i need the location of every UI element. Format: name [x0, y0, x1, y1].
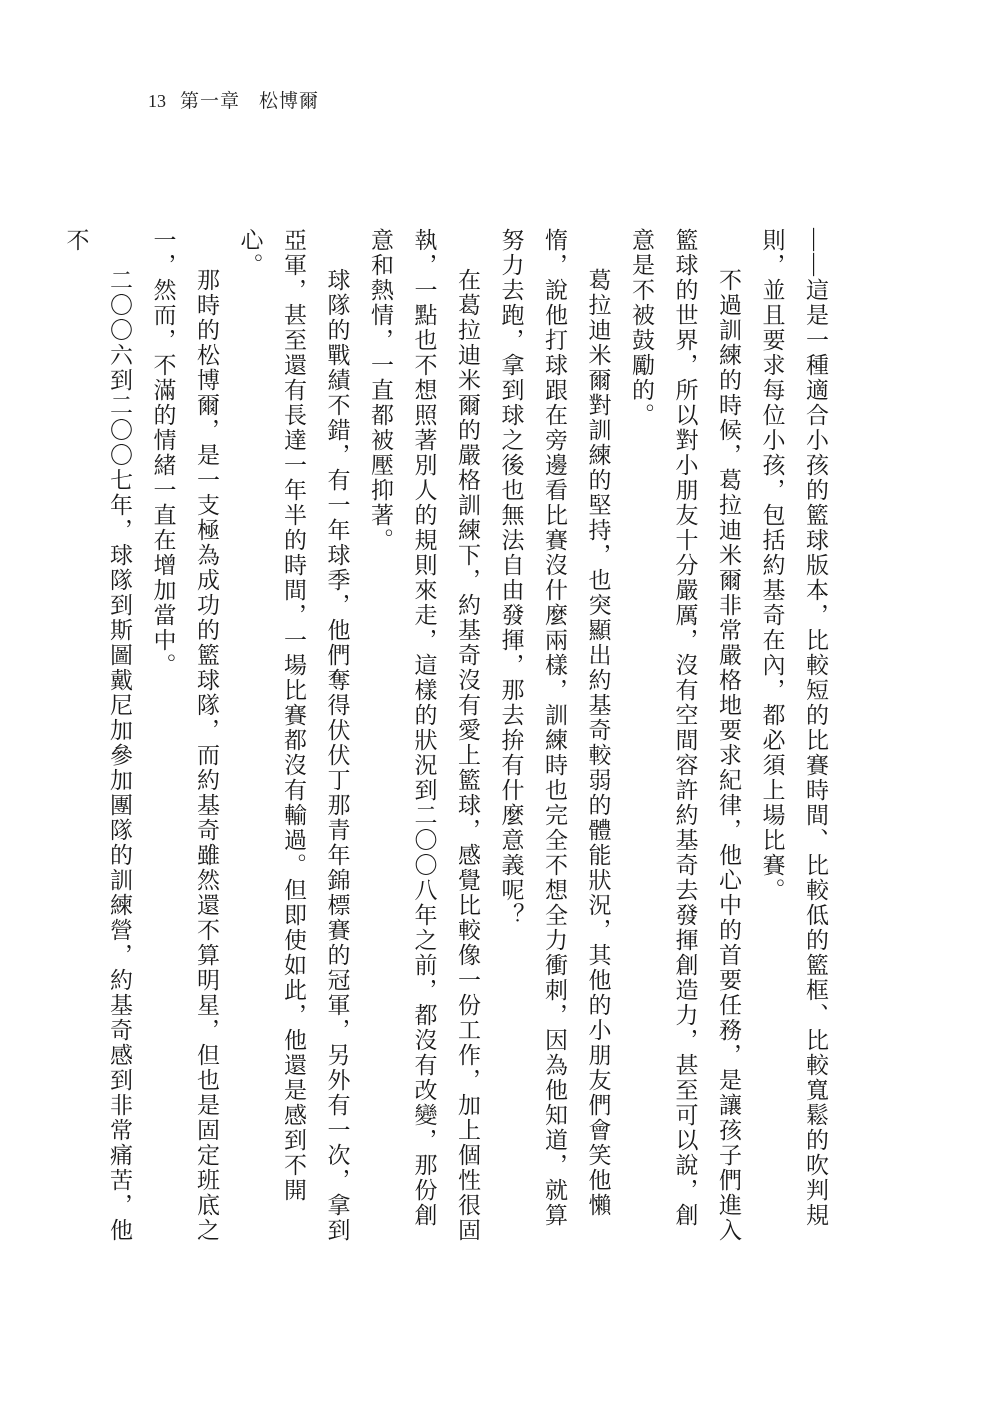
paragraph-7: 二〇〇六到二〇〇七年，球隊到斯圖戴尼加參加團隊的訓練營，約基奇感到非常痛苦，他不	[54, 228, 141, 1248]
page-number: 13	[148, 91, 166, 112]
paragraph-4: 在葛拉迪米爾的嚴格訓練下，約基奇沒有愛上籃球，感覺比較像一份工作，加上個性很固執…	[359, 228, 490, 1248]
paragraph-1: ——這是一種適合小孩的籃球版本，比較短的比賽時間、比較低的籃框、比較寬鬆的吹判規…	[750, 228, 837, 1248]
paragraph-3: 葛拉迪米爾對訓練的堅持，也突顯出約基奇較弱的體能狀況，其他的小朋友們會笑他懶惰，…	[489, 228, 620, 1248]
chapter-title: 松博爾	[259, 86, 319, 113]
paragraph-2: 不過訓練的時候，葛拉迪米爾非常嚴格地要求紀律，他心中的首要任務，是讓孩子們進入籃…	[620, 228, 751, 1248]
chapter-label: 第一章	[180, 86, 240, 113]
paragraph-5: 球隊的戰績不錯，有一年球季，他們奪得伏伏丁那青年錦標賽的冠軍，另外有一次，拿到亞…	[228, 228, 359, 1248]
paragraph-6: 那時的松博爾，是一支極為成功的籃球隊，而約基奇雖然還不算明星，但也是固定班底之一…	[141, 228, 228, 1248]
running-header: 13 第一章 松博爾	[148, 86, 319, 113]
vertical-text-block: ——這是一種適合小孩的籃球版本，比較短的比賽時間、比較低的籃框、比較寬鬆的吹判規…	[137, 228, 837, 1248]
book-page: 13 第一章 松博爾 ——這是一種適合小孩的籃球版本，比較短的比賽時間、比較低的…	[0, 0, 1000, 1403]
